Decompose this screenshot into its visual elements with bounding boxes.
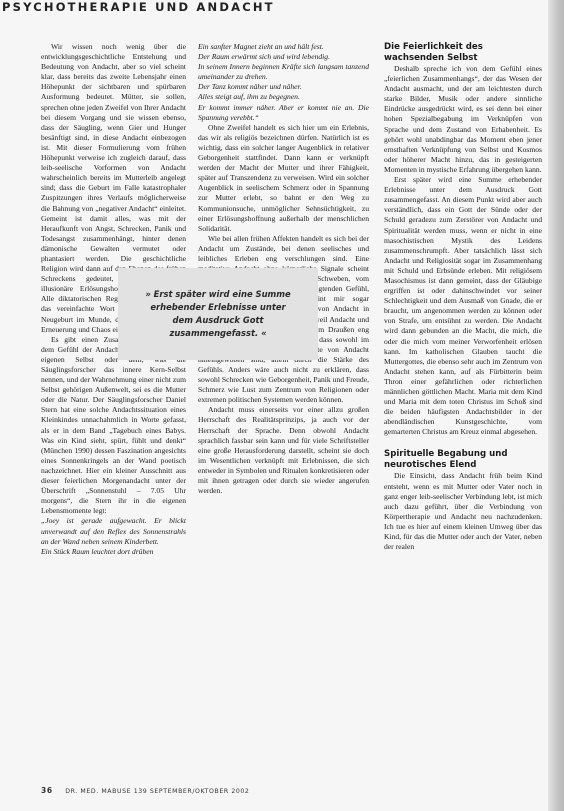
italic-quote-line: Alles steigt auf, ihm zu begegnen.	[198, 92, 369, 102]
italic-quote-line: „Joey ist gerade aufgewacht. Er blickt u…	[41, 516, 186, 546]
italic-quote-line: Der Raum erwärmt sich und wird lebendig.	[198, 52, 369, 62]
pull-quote-text: » Erst später wird eine Summe erhebender…	[143, 288, 293, 340]
paragraph: Die Einsicht, dass Andacht früh beim Kin…	[384, 471, 542, 552]
italic-quote-line: Ein Stück Raum leuchtet dort drüben	[41, 547, 186, 557]
paragraph: Erst später wird eine Summe erhebender E…	[384, 175, 542, 437]
magazine-page: Psychotherapie und Andacht Wir wissen no…	[0, 0, 548, 811]
section-heading: Spirituelle Begabung und neurotisches El…	[384, 449, 542, 470]
page-edge-shadow	[548, 0, 564, 811]
italic-quote-line: Er kommt immer näher. Aber er kommt nie …	[198, 103, 369, 123]
publication-info: DR. MED. MABUSE 139 SEPTEMBER/OKTOBER 20…	[65, 788, 249, 795]
column-3: Die Feierlichkeit des wachsenden Selbst …	[384, 42, 542, 552]
pull-quote: » Erst später wird eine Summe erhebender…	[118, 268, 318, 360]
italic-quote-line: In seinem Innern beginnen Kräfte sich la…	[198, 62, 369, 82]
section-heading: Die Feierlichkeit des wachsenden Selbst	[384, 42, 542, 63]
page-footer: 36 DR. MED. MABUSE 139 SEPTEMBER/OKTOBER…	[41, 786, 249, 795]
italic-quote-line: Ein sanfter Magnet zieht an und hält fes…	[198, 42, 369, 52]
italic-quote-line: Der Tanz kommt näher und näher.	[198, 82, 369, 92]
running-title: Psychotherapie und Andacht	[2, 0, 275, 14]
paragraph: Es gibt einen Zusammenhang zwischen dem …	[41, 335, 186, 517]
paragraph: Deshalb spreche ich von dem Gefühl eines…	[384, 64, 542, 175]
paragraph: Andacht muss einerseits vor einer allzu …	[198, 405, 369, 496]
paragraph: Ohne Zweifel handelt es sich hier um ein…	[198, 123, 369, 234]
page-number: 36	[41, 786, 53, 795]
